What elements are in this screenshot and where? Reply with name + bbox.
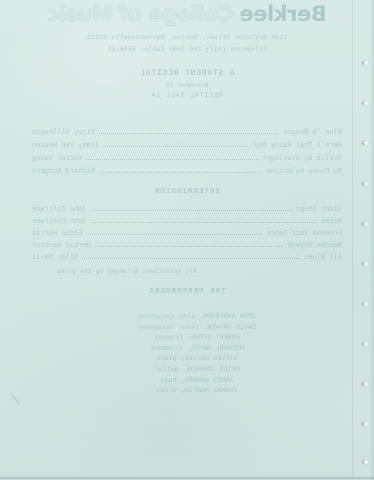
performer-line: JAMES WARREN, bass xyxy=(124,376,270,387)
performer-line: JOHN ANDERSON, alto saxophone xyxy=(124,312,270,323)
performer-line: DAVID GROVER, tenor saxophone xyxy=(124,323,270,334)
composer-name: Victor Young xyxy=(32,155,82,163)
performer-line: THOMAS MARTIN, drums xyxy=(124,386,270,397)
dot-leader xyxy=(99,172,262,173)
program-row: Stella By Starlight Victor Young xyxy=(32,155,342,163)
perforation-line xyxy=(352,0,353,480)
composer-name: Jimmy Van Heusen xyxy=(32,142,99,150)
dot-leader xyxy=(91,210,292,211)
dot-leader xyxy=(91,222,317,223)
recital-venue: RECITAL HALL 1A xyxy=(0,92,374,100)
performer-line: MICHAEL HAYES, trombone xyxy=(124,344,270,355)
composer-name: Eddie Harris xyxy=(32,230,82,238)
performer-line: ROBERT STONE, trumpet xyxy=(124,333,270,344)
punch-hole xyxy=(364,222,368,226)
dot-leader xyxy=(86,234,262,235)
piece-title: Maiden Voyage xyxy=(287,242,342,250)
composer-name: Herbie Hancock xyxy=(32,242,91,250)
piece-title: My Funny Valentine xyxy=(266,168,342,176)
brand-name-outline: College of Music xyxy=(47,2,233,26)
performer-line: PETER JOHNSON, guitar xyxy=(124,365,270,376)
dot-leader xyxy=(82,258,300,259)
scanned-paper-page: Berklee College of Music 1140 Boylston S… xyxy=(0,0,374,480)
piece-title: Stella By Starlight xyxy=(262,155,342,163)
dot-leader xyxy=(95,246,284,247)
punch-hole xyxy=(364,302,368,306)
punch-hole xyxy=(364,460,368,464)
program-row: Blue 'N Boogie Dizzy Gillespie xyxy=(32,129,342,137)
performers-heading: THE PERFORMERS xyxy=(0,288,374,296)
punch-hole xyxy=(364,141,368,145)
brand-logo: Berklee College of Music xyxy=(22,2,352,26)
performer-line: STEVEN MILLER, piano xyxy=(124,354,270,365)
address-line-2: Telephone (617) 266-1400 Cable: BERKLEE xyxy=(0,46,374,54)
address-line-1: 1140 Boylston Street, Boston, Massachuse… xyxy=(0,34,374,42)
program-row: My Funny Valentine Richard Rodgers xyxy=(32,168,342,176)
paper-right-edge xyxy=(370,0,374,480)
punch-hole xyxy=(364,262,368,266)
dot-leader xyxy=(99,133,279,134)
punch-hole xyxy=(364,382,368,386)
intermission-heading: INTERMISSION xyxy=(0,188,374,196)
program-row: All Blues Miles Davis xyxy=(32,254,342,262)
ghost-mirrored-layer: Berklee College of Music 1140 Boylston S… xyxy=(0,0,374,480)
arranger-note: All selections arranged by the group xyxy=(67,268,197,275)
brand-name-bold: Berklee xyxy=(240,2,327,26)
recital-title: A STUDENT RECITAL xyxy=(0,69,374,78)
performers-list: JOHN ANDERSON, alto saxophone DAVID GROV… xyxy=(124,312,270,397)
piece-title: Here's That Rainy Day xyxy=(254,142,342,150)
composer-name: Miles Davis xyxy=(32,254,78,262)
piece-title: Naima xyxy=(321,218,342,226)
punch-hole xyxy=(364,61,368,65)
composer-name: Dizzy Gillespie xyxy=(32,129,95,137)
punch-hole xyxy=(364,101,368,105)
punch-hole xyxy=(364,422,368,426)
dot-leader xyxy=(86,159,258,160)
program-row: Freedom Jazz Dance Eddie Harris xyxy=(32,230,342,238)
piece-title: Freedom Jazz Dance xyxy=(266,230,342,238)
program-row: Giant Steps John Coltrane xyxy=(32,206,342,214)
composer-name: John Coltrane xyxy=(32,218,87,226)
composer-name: John Coltrane xyxy=(32,206,87,214)
recital-date: November 19 xyxy=(0,82,374,89)
dot-leader xyxy=(103,146,250,147)
punch-hole xyxy=(364,342,368,346)
program-row: Here's That Rainy Day Jimmy Van Heusen xyxy=(32,142,342,150)
program-row: Maiden Voyage Herbie Hancock xyxy=(32,242,342,250)
program-row: Naima John Coltrane xyxy=(32,218,342,226)
piece-title: Blue 'N Boogie xyxy=(283,129,342,137)
composer-name: Richard Rodgers xyxy=(32,168,95,176)
piece-title: Giant Steps xyxy=(296,206,342,214)
piece-title: All Blues xyxy=(304,254,342,262)
paper-bottom-edge xyxy=(0,476,374,480)
punch-hole xyxy=(364,182,368,186)
